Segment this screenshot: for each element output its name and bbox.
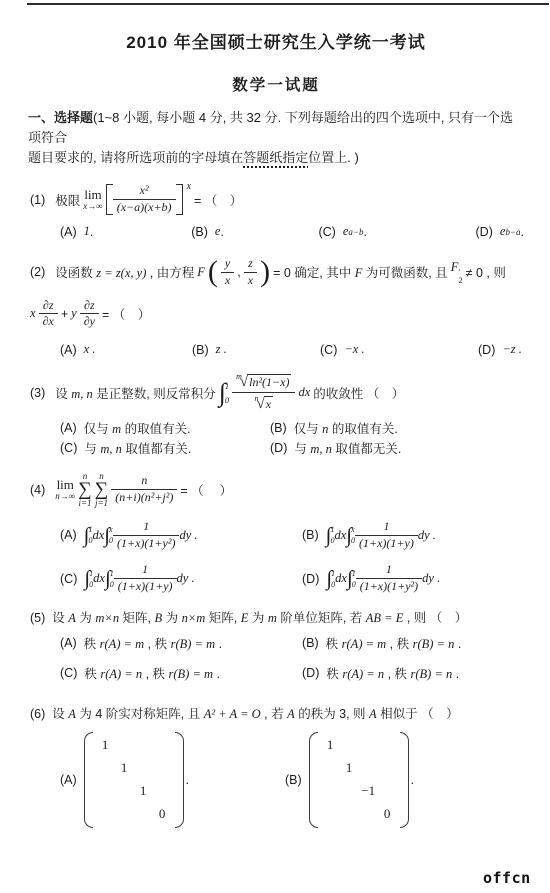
instructions-line-2: 题目要求的, 请将所选项前的字母填在答题纸指定位置上. )	[28, 148, 524, 168]
option-a: (A) 1.	[60, 224, 191, 239]
option-a: (A) 1110 .	[60, 732, 285, 828]
stem-text-2: 的收敛性 （ ）	[313, 384, 404, 402]
option-a: (A) 仅与 m 的取值有关.	[60, 419, 270, 437]
question-1-lead: 极限	[55, 191, 80, 209]
mth-root: m√ln²(1−x)	[236, 375, 291, 389]
partial-z-partial-y: ∂z ∂y	[80, 299, 99, 330]
question-2-options: (A) x . (B) z . (C) −x . (D) −z .	[60, 342, 524, 357]
option-d: (D) 秩 r(A) = n , 秩 r(B) = n .	[302, 664, 524, 682]
question-4-number: (4)	[30, 483, 45, 497]
option-b: (B) 秩 r(A) = m , 秩 r(B) = n .	[302, 634, 524, 652]
limit-operator: lim n→∞	[55, 478, 75, 501]
integrand-fraction: 1(1+x)(1+y²)	[356, 563, 422, 594]
dx-differential: dx	[298, 385, 310, 400]
left-square-bracket	[106, 184, 113, 215]
var-x: x	[30, 306, 36, 321]
question-2: (2) 设函数 z = z(x, y) , 由方程 F ( y x , z x …	[30, 257, 524, 357]
question-4-options: (A) ∫10 dx ∫x0 1(1+x)(1+y²) dy . (B) ∫10…	[60, 520, 524, 594]
integrand-fraction: 1(1+x)(1+y²)	[113, 520, 179, 551]
inner-integral: ∫x0	[346, 525, 355, 546]
integral-0-1: ∫ 10	[219, 380, 229, 406]
option-b: (B) 11−10 .	[285, 732, 414, 828]
equals-blank: = （ ）	[194, 191, 242, 209]
option-c: (C) ea−b .	[318, 224, 475, 239]
exam-subtitle: 数学一试题	[28, 73, 524, 95]
question-6-options: (A) 1110 . (B) 11−10 .	[60, 732, 524, 828]
matrix-left-paren	[84, 732, 93, 828]
option-b: (B) e .	[191, 224, 318, 239]
inner-integral: ∫x0	[104, 525, 113, 546]
bracket-group: x² (x−a)(x+b)	[106, 184, 183, 215]
exam-page: 2010 年全国硕士研究生入学统一考试 数学一试题 一、选择题(1~8 小题, …	[0, 0, 550, 828]
summand-fraction: n (n+i)(n²+j²)	[111, 474, 177, 505]
fraction: x² (x−a)(x+b)	[113, 184, 176, 215]
fraction-y-over-x: y x	[221, 257, 234, 288]
page-title: 2010 年全国硕士研究生入学统一考试	[28, 28, 524, 53]
bracket-exponent: x	[187, 181, 191, 192]
option-a: (A) x .	[60, 342, 192, 357]
outer-integral: ∫10	[84, 568, 93, 589]
question-3-number: (3)	[30, 386, 45, 400]
option-b: (B) z .	[192, 342, 320, 357]
var-y: y	[71, 306, 77, 321]
question-1: (1) 极限 lim x→∞ x² (x−a)(x+b) x = （ ） (A)…	[30, 184, 524, 239]
big-right-paren: )	[260, 260, 270, 284]
partial-z-partial-x: ∂z ∂x	[39, 299, 58, 330]
equals-blank: = （ ）	[180, 481, 232, 499]
option-d: (D) ∫10 dx ∫10 1(1+x)(1+y²) dy .	[302, 563, 524, 594]
offcn-watermark: offcn	[483, 869, 531, 887]
matrix-right-paren	[400, 732, 409, 828]
question-5-options: (A) 秩 r(A) = m , 秩 r(B) = m . (B) 秩 r(A)…	[60, 634, 524, 682]
integrand-fraction: 1(1+x)(1+y)	[114, 563, 177, 594]
option-c: (C) 与 m, n 取值都有关.	[60, 439, 270, 457]
option-a: (A) ∫10 dx ∫x0 1(1+x)(1+y²) dy .	[60, 520, 302, 551]
top-rule-line	[27, 3, 549, 5]
question-6-stem: (6)设 A 为 4 阶实对称矩阵, 且 A² + A = O , 若 A 的秩…	[30, 704, 524, 722]
matrix-left-paren	[309, 732, 318, 828]
option-b: (B) ∫10 dx ∫x0 1(1+x)(1+y) dy .	[302, 520, 524, 551]
question-1-stem: (1) 极限 lim x→∞ x² (x−a)(x+b) x = （ ）	[30, 184, 524, 215]
radical-fraction: m√ln²(1−x) n√x	[232, 372, 295, 414]
stem-text-1: 设 m, n 是正整数, 则反常积分	[55, 384, 215, 402]
option-d: (D) eb−a .	[476, 224, 524, 239]
question-2-stem: (2) 设函数 z = z(x, y) , 由方程 F ( y x , z x …	[30, 257, 524, 288]
question-5-number: (5)	[30, 611, 45, 625]
function-F: F	[197, 265, 205, 280]
stem-text-3: ≠ 0 , 则	[466, 263, 506, 281]
big-left-paren: (	[208, 260, 218, 284]
plus-sign: +	[61, 307, 68, 321]
option-c: (C) ∫10 dx ∫10 1(1+x)(1+y) dy .	[60, 563, 302, 594]
question-3-stem: (3) 设 m, n 是正整数, 则反常积分 ∫ 10 m√ln²(1−x) n…	[30, 372, 524, 414]
nth-root: n√x	[255, 397, 274, 411]
F-sub2-prime: F′2	[451, 260, 463, 284]
option-a: (A) 秩 r(A) = m , 秩 r(B) = m .	[60, 634, 302, 652]
limit-operator: lim x→∞	[83, 188, 102, 211]
outer-integral: ∫10	[326, 568, 335, 589]
matrix-b: 11−10	[309, 732, 409, 828]
outer-integral: ∫10	[84, 525, 93, 546]
question-2-number: (2)	[30, 265, 45, 279]
question-4: (4) lim n→∞ n ∑ i=1 n ∑ j=1 n (n+i)(n²+j…	[30, 472, 524, 594]
question-3: (3) 设 m, n 是正整数, 则反常积分 ∫ 10 m√ln²(1−x) n…	[30, 372, 524, 457]
inner-integral: ∫10	[347, 568, 356, 589]
question-4-stem: (4) lim n→∞ n ∑ i=1 n ∑ j=1 n (n+i)(n²+j…	[30, 472, 524, 508]
question-2-equation: x ∂z ∂x + y ∂z ∂y = （ ）	[30, 299, 524, 330]
question-6-number: (6)	[30, 707, 45, 721]
question-1-options: (A) 1. (B) e . (C) ea−b . (D) eb−a .	[60, 224, 524, 239]
equals-blank: = （ ）	[102, 305, 150, 323]
question-5-stem: (5)设 A 为 m×n 矩阵, B 为 n×m 矩阵, E 为 m 阶单位矩阵…	[30, 608, 524, 626]
inner-integral: ∫10	[105, 568, 114, 589]
outer-integral: ∫10	[326, 525, 335, 546]
fraction-z-over-x: z x	[244, 257, 257, 288]
option-d: (D) −z .	[478, 342, 522, 357]
question-5: (5)设 A 为 m×n 矩阵, B 为 n×m 矩阵, E 为 m 阶单位矩阵…	[30, 608, 524, 682]
option-c: (C) 秩 r(A) = n , 秩 r(B) = m .	[60, 664, 302, 682]
sum-over-i: n ∑ i=1	[78, 472, 92, 508]
section-instructions: 一、选择题(1~8 小题, 每小题 4 分, 共 32 分. 下列每题给出的四个…	[28, 108, 524, 168]
question-3-options: (A) 仅与 m 的取值有关. (B) 仅与 n 的取值有关. (C) 与 m,…	[60, 419, 524, 457]
matrix-a: 1110	[84, 732, 184, 828]
question-1-number: (1)	[30, 193, 45, 207]
question-6: (6)设 A 为 4 阶实对称矩阵, 且 A² + A = O , 若 A 的秩…	[30, 704, 524, 828]
option-c: (C) −x .	[320, 342, 478, 357]
right-square-bracket	[176, 184, 183, 215]
integrand-fraction: 1(1+x)(1+y)	[355, 520, 418, 551]
option-b: (B) 仅与 n 的取值有关.	[270, 419, 524, 437]
argument-comma: ,	[237, 265, 240, 279]
stem-text-2: = 0 确定, 其中 F 为可微函数, 且	[273, 263, 448, 281]
sum-over-j: n ∑ j=1	[95, 472, 109, 508]
stem-text-1: 设函数 z = z(x, y) , 由方程	[55, 263, 194, 281]
instructions-line-1: 一、选择题(1~8 小题, 每小题 4 分, 共 32 分. 下列每题给出的四个…	[28, 108, 524, 148]
option-d: (D) 与 m, n 取值都无关.	[270, 439, 524, 457]
matrix-right-paren	[175, 732, 184, 828]
